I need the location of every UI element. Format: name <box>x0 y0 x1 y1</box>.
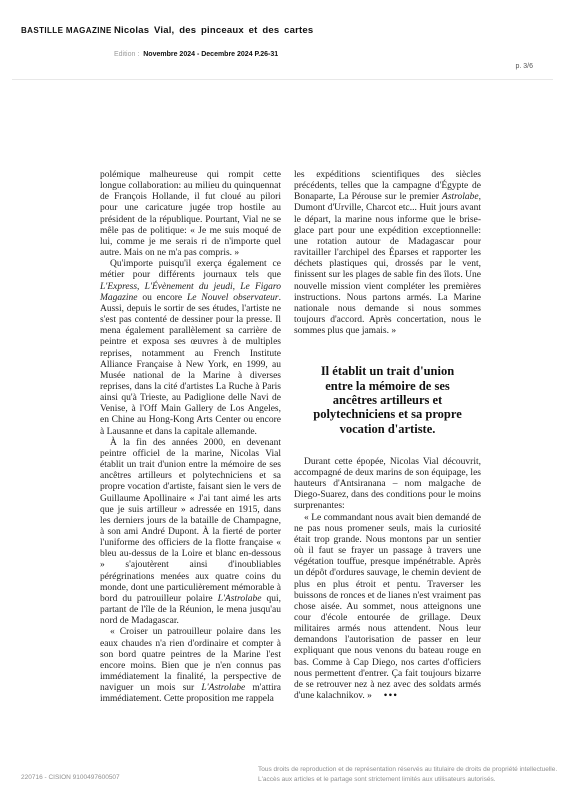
pull-quote-line: vocation d'artiste. <box>294 422 481 436</box>
page-indicator: p. 3/6 <box>515 63 533 70</box>
paragraph: les expéditions scientifiques des siècle… <box>294 170 481 337</box>
footer-reference: 220716 - CISION 9100497600507 <box>21 774 120 781</box>
magazine-page: BASTILLE MAGAZINE Nicolas Vial, des pinc… <box>0 0 566 800</box>
article-title: Nicolas Vial, des pinceaux et des cartes <box>114 25 313 36</box>
right-column: les expéditions scientifiques des siècle… <box>294 170 481 706</box>
pull-quote-line: ancêtres artilleurs et <box>294 393 481 407</box>
footer-rights: Tous droits de reproduction et de représ… <box>258 765 557 785</box>
paragraph-text: « Le commandant nous avait bien demandé … <box>294 513 481 702</box>
paragraph: Qu'importe puisqu'il exerça également ce… <box>100 259 281 438</box>
edition-value: Novembre 2024 - Decembre 2024 P.26-31 <box>143 51 278 58</box>
header-divider <box>12 79 553 80</box>
paragraph: « Croiser un patrouilleur polaire dans l… <box>100 627 281 705</box>
paragraph: « Le commandant nous avait bien demandé … <box>294 513 481 703</box>
footer-rights-line1: Tous droits de reproduction et de représ… <box>258 765 557 775</box>
edition-line: Edition : Novembre 2024 - Decembre 2024 … <box>114 51 278 58</box>
article-body: polémique malheureuse qui rompit cette l… <box>100 170 481 706</box>
paragraph: Durant cette épopée, Nicolas Vial découv… <box>294 457 481 513</box>
pull-quote-line: Il établit un trait d'union <box>294 364 481 378</box>
pull-quote: Il établit un trait d'unionentre la mémo… <box>294 364 481 435</box>
edition-label: Edition : <box>114 51 139 58</box>
paragraph: polémique malheureuse qui rompit cette l… <box>100 170 281 259</box>
magazine-name: BASTILLE MAGAZINE <box>21 26 112 35</box>
pull-quote-line: entre la mémoire de ses <box>294 379 481 393</box>
paragraph: À la fin des années 2000, en devenant pe… <box>100 438 281 628</box>
left-column: polémique malheureuse qui rompit cette l… <box>100 170 281 706</box>
footer-rights-line2: L'accès aux articles et le partage sont … <box>258 775 557 785</box>
article-end-mark: ••• <box>384 691 398 701</box>
pull-quote-line: polytechniciens et sa propre <box>294 407 481 421</box>
